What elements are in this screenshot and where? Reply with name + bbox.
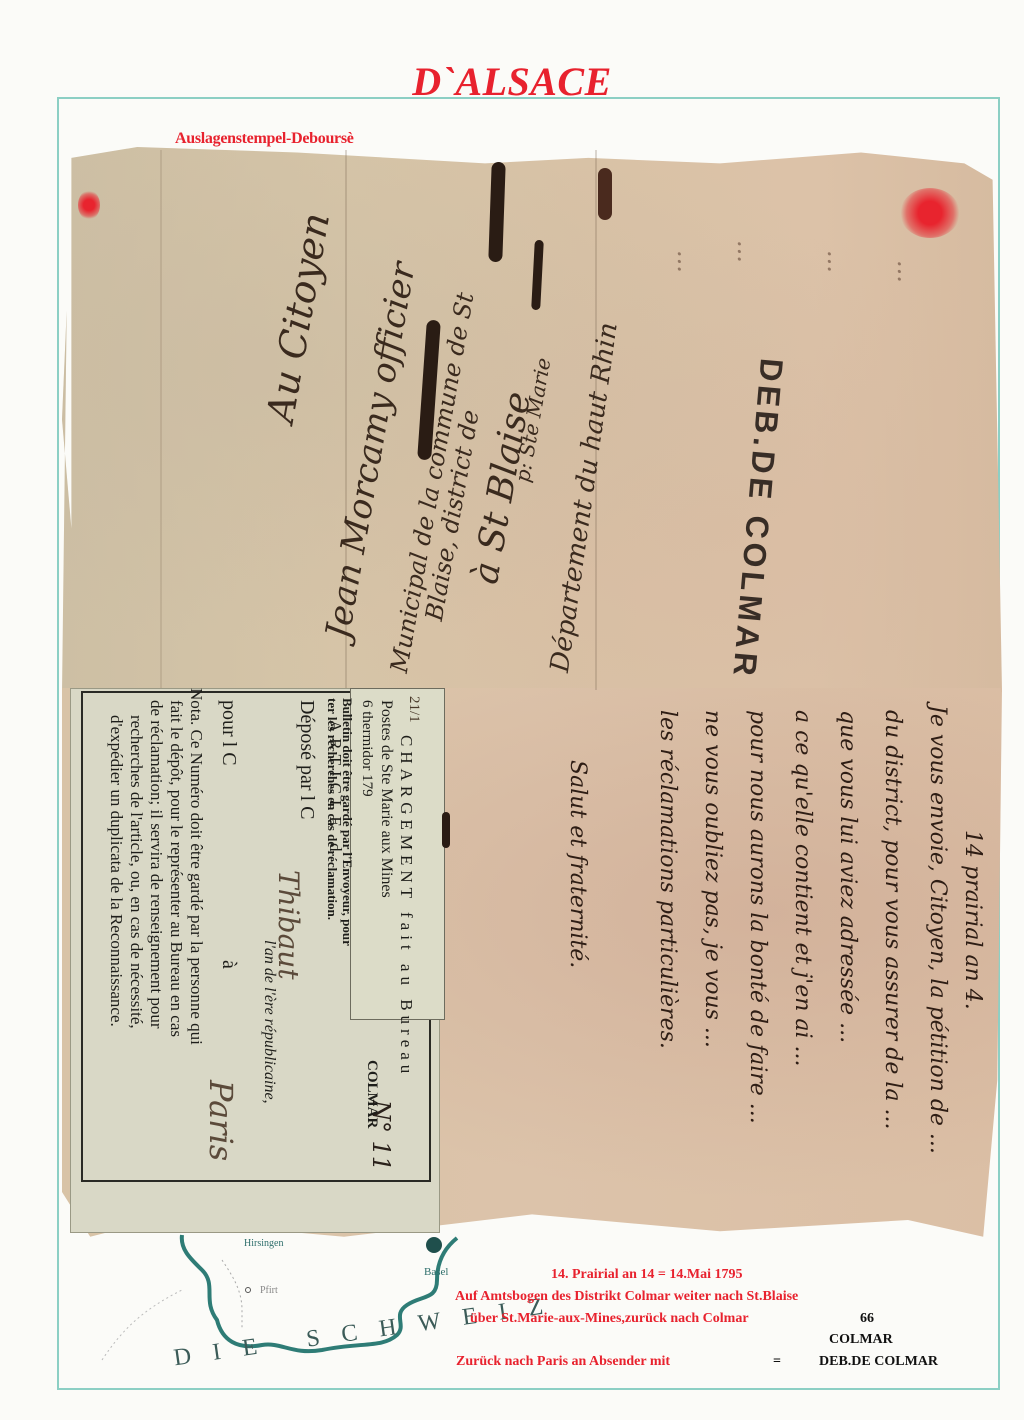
slip-number: 21/1 bbox=[405, 696, 422, 723]
ink-strike bbox=[442, 812, 450, 848]
handwritten-place: Paris bbox=[202, 1080, 240, 1161]
caption-equals: = bbox=[773, 1354, 781, 1370]
letter-line: a ce qu'elle contient et j'en ai ... bbox=[790, 710, 815, 1067]
map-place: Basel bbox=[424, 1266, 448, 1278]
receipt-line: à bbox=[217, 960, 240, 969]
receipt-line: Déposé par l C bbox=[295, 700, 318, 819]
letter-line: ... bbox=[732, 240, 760, 263]
caption-postmark-number: 66 bbox=[860, 1311, 874, 1327]
map-fragment: Hirsingen Pfirt Basel DIE SCHWEIZ bbox=[62, 1230, 482, 1380]
caption-postmark-town: COLMAR bbox=[829, 1332, 893, 1348]
exhibit-subtitle: Auslagenstempel-Deboursè bbox=[175, 130, 354, 148]
caption-return: Zurück nach Paris an Absender mit bbox=[456, 1354, 670, 1370]
date-note: 14 prairial an 4. bbox=[960, 830, 985, 1010]
map-place: Hirsingen bbox=[244, 1238, 283, 1249]
letter-line: ... bbox=[822, 250, 850, 273]
caption-deb-stamp: DEB.DE COLMAR bbox=[819, 1354, 938, 1370]
slip-bulletin: Bulletin doit être gardé par l'Envoyeur,… bbox=[339, 698, 355, 946]
receipt-nota: d'expédier un duplicata de la Reconnaiss… bbox=[106, 715, 126, 1027]
letter-line: ne vous oubliez pas, je vous ... bbox=[700, 710, 725, 1048]
letter-line: ... bbox=[892, 260, 920, 283]
map-place: Pfirt bbox=[260, 1285, 278, 1296]
receipt-nota: de réclamation; il servira de renseignem… bbox=[146, 700, 166, 1029]
letter-line: Je vous envoie, Citoyen, la pétition de … bbox=[925, 705, 950, 1154]
slip-line: Postes de Ste Marie aux Mines bbox=[377, 700, 395, 898]
caption-date: 14. Prairial an 14 = 14.Mai 1795 bbox=[551, 1267, 743, 1283]
receipt-line: pour l C bbox=[217, 700, 240, 766]
slip-line: 6 thermidor 179 bbox=[358, 700, 375, 797]
letter-line: Salut et fraternité. bbox=[565, 760, 590, 968]
basel-marker bbox=[426, 1237, 442, 1253]
caption-route: Auf Amtsbogen des Distrikt Colmar weiter… bbox=[455, 1289, 798, 1305]
caption-route-return: über St.Marie-aux-Mines,zurück nach Colm… bbox=[470, 1311, 749, 1327]
red-seal-mark bbox=[900, 188, 960, 238]
letter-line: ... bbox=[672, 250, 700, 273]
red-seal-mark bbox=[78, 190, 100, 220]
receipt-nota: fait le dépôt, pour le représenter au Bu… bbox=[166, 700, 186, 1037]
letter-line: pour nous aurons la bonté de faire ... bbox=[745, 710, 770, 1124]
colmar-stamp-fragment: COLMAR bbox=[363, 1060, 380, 1128]
slip-header: CHARGEMENT fait au Bureau bbox=[396, 735, 416, 1078]
handwritten-name: Thibaut bbox=[272, 870, 305, 980]
slip-bulletin: ter les recherches en cas de réclamation… bbox=[324, 698, 340, 920]
letter-line: les réclamations particulières. bbox=[655, 710, 680, 1049]
receipt-nota: recherches de l'article, ou, en cas de n… bbox=[126, 715, 146, 1029]
letter-line: du district, pour vous assurer de la ... bbox=[880, 710, 905, 1129]
ink-blot bbox=[598, 168, 612, 220]
letter-line: que vous lui aviez adressée ... bbox=[835, 710, 860, 1043]
receipt-nota: Nota. Ce Numéro doit être gardé par la p… bbox=[186, 688, 206, 1045]
fold-line bbox=[160, 150, 162, 690]
